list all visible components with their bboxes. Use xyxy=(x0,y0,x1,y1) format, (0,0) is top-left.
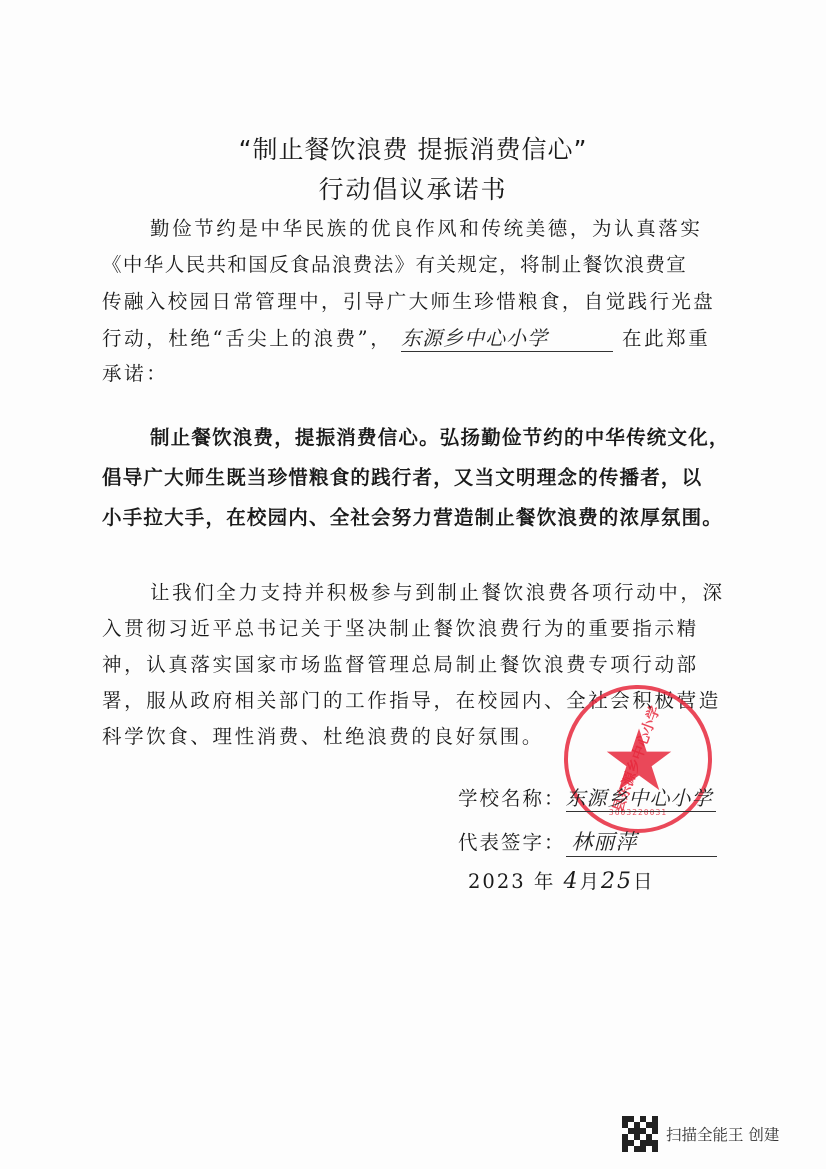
p2-line-2: 倡导广大师生既当珍惜粮食的践行者，又当文明理念的传播者，以 xyxy=(102,462,702,490)
p2-line-3: 小手拉大手，在校园内、全社会努力营造制止餐饮浪费的浓厚氛围。 xyxy=(102,502,723,530)
p3-line-1: 让我们全力支持并积极参与到制止餐饮浪费各项行动中，深 xyxy=(150,577,725,605)
date-month-unit: 月 xyxy=(580,870,602,893)
date-month-handwritten: 4 xyxy=(564,869,580,894)
scanner-watermark: 扫描全能王 创建 xyxy=(622,1116,779,1152)
date-day-handwritten: 25 xyxy=(601,869,633,894)
p1-line-1: 勤俭节约是中华民族的优良作风和传统美德，为认真落实 xyxy=(150,213,703,241)
p1-line-4-text: 行动，杜绝“舌尖上的浪费”， xyxy=(102,327,392,350)
page-title-line1: “制止餐饮浪费 提振消费信心” xyxy=(0,130,826,166)
date-day-unit: 日 xyxy=(633,870,655,893)
representative-signature: 林丽萍 xyxy=(566,826,717,857)
p1-line-2: 《中华人民共和国反食品浪费法》有关规定，将制止餐饮浪费宣 xyxy=(102,249,687,277)
qr-code-icon xyxy=(622,1116,658,1152)
representative-label: 代表签字： xyxy=(458,831,566,854)
p3-line-5: 科学饮食、理性消费、杜绝浪费的良好氛围。 xyxy=(102,721,544,749)
p1-line-3: 传融入校园日常管理中，引导广大师生珍惜粮食，自觉践行光盘 xyxy=(102,286,715,314)
p1-line-4: 行动，杜绝“舌尖上的浪费”， 东源乡中心小学 在此郑重 xyxy=(102,322,710,352)
p3-line-3: 神，认真落实国家市场监督管理总局制止餐饮浪费专项行动部 xyxy=(102,649,699,677)
page-title-line2: 行动倡议承诺书 xyxy=(0,170,826,206)
date-row: 2023 年 4月25日 xyxy=(468,866,655,894)
handwritten-school-name: 东源乡中心小学 xyxy=(401,322,613,352)
representative-row: 代表签字：林丽萍 xyxy=(458,826,717,857)
watermark-text: 扫描全能王 创建 xyxy=(666,1123,779,1145)
school-name-label: 学校名称： xyxy=(458,787,566,810)
p1-line-4-suffix: 在此郑重 xyxy=(622,327,710,350)
p3-line-2: 入贯彻习近平总书记关于坚决制止餐饮浪费行为的重要指示精 xyxy=(102,613,699,641)
date-year: 2023 年 xyxy=(468,870,555,893)
p2-line-1: 制止餐饮浪费，提振消费信心。弘扬勤俭节约的中华传统文化， xyxy=(150,422,730,450)
p1-line-5: 承诺： xyxy=(102,358,168,386)
school-name-row: 学校名称：东源乡中心小学 xyxy=(458,782,716,812)
school-name-handwritten: 东源乡中心小学 xyxy=(566,782,716,812)
